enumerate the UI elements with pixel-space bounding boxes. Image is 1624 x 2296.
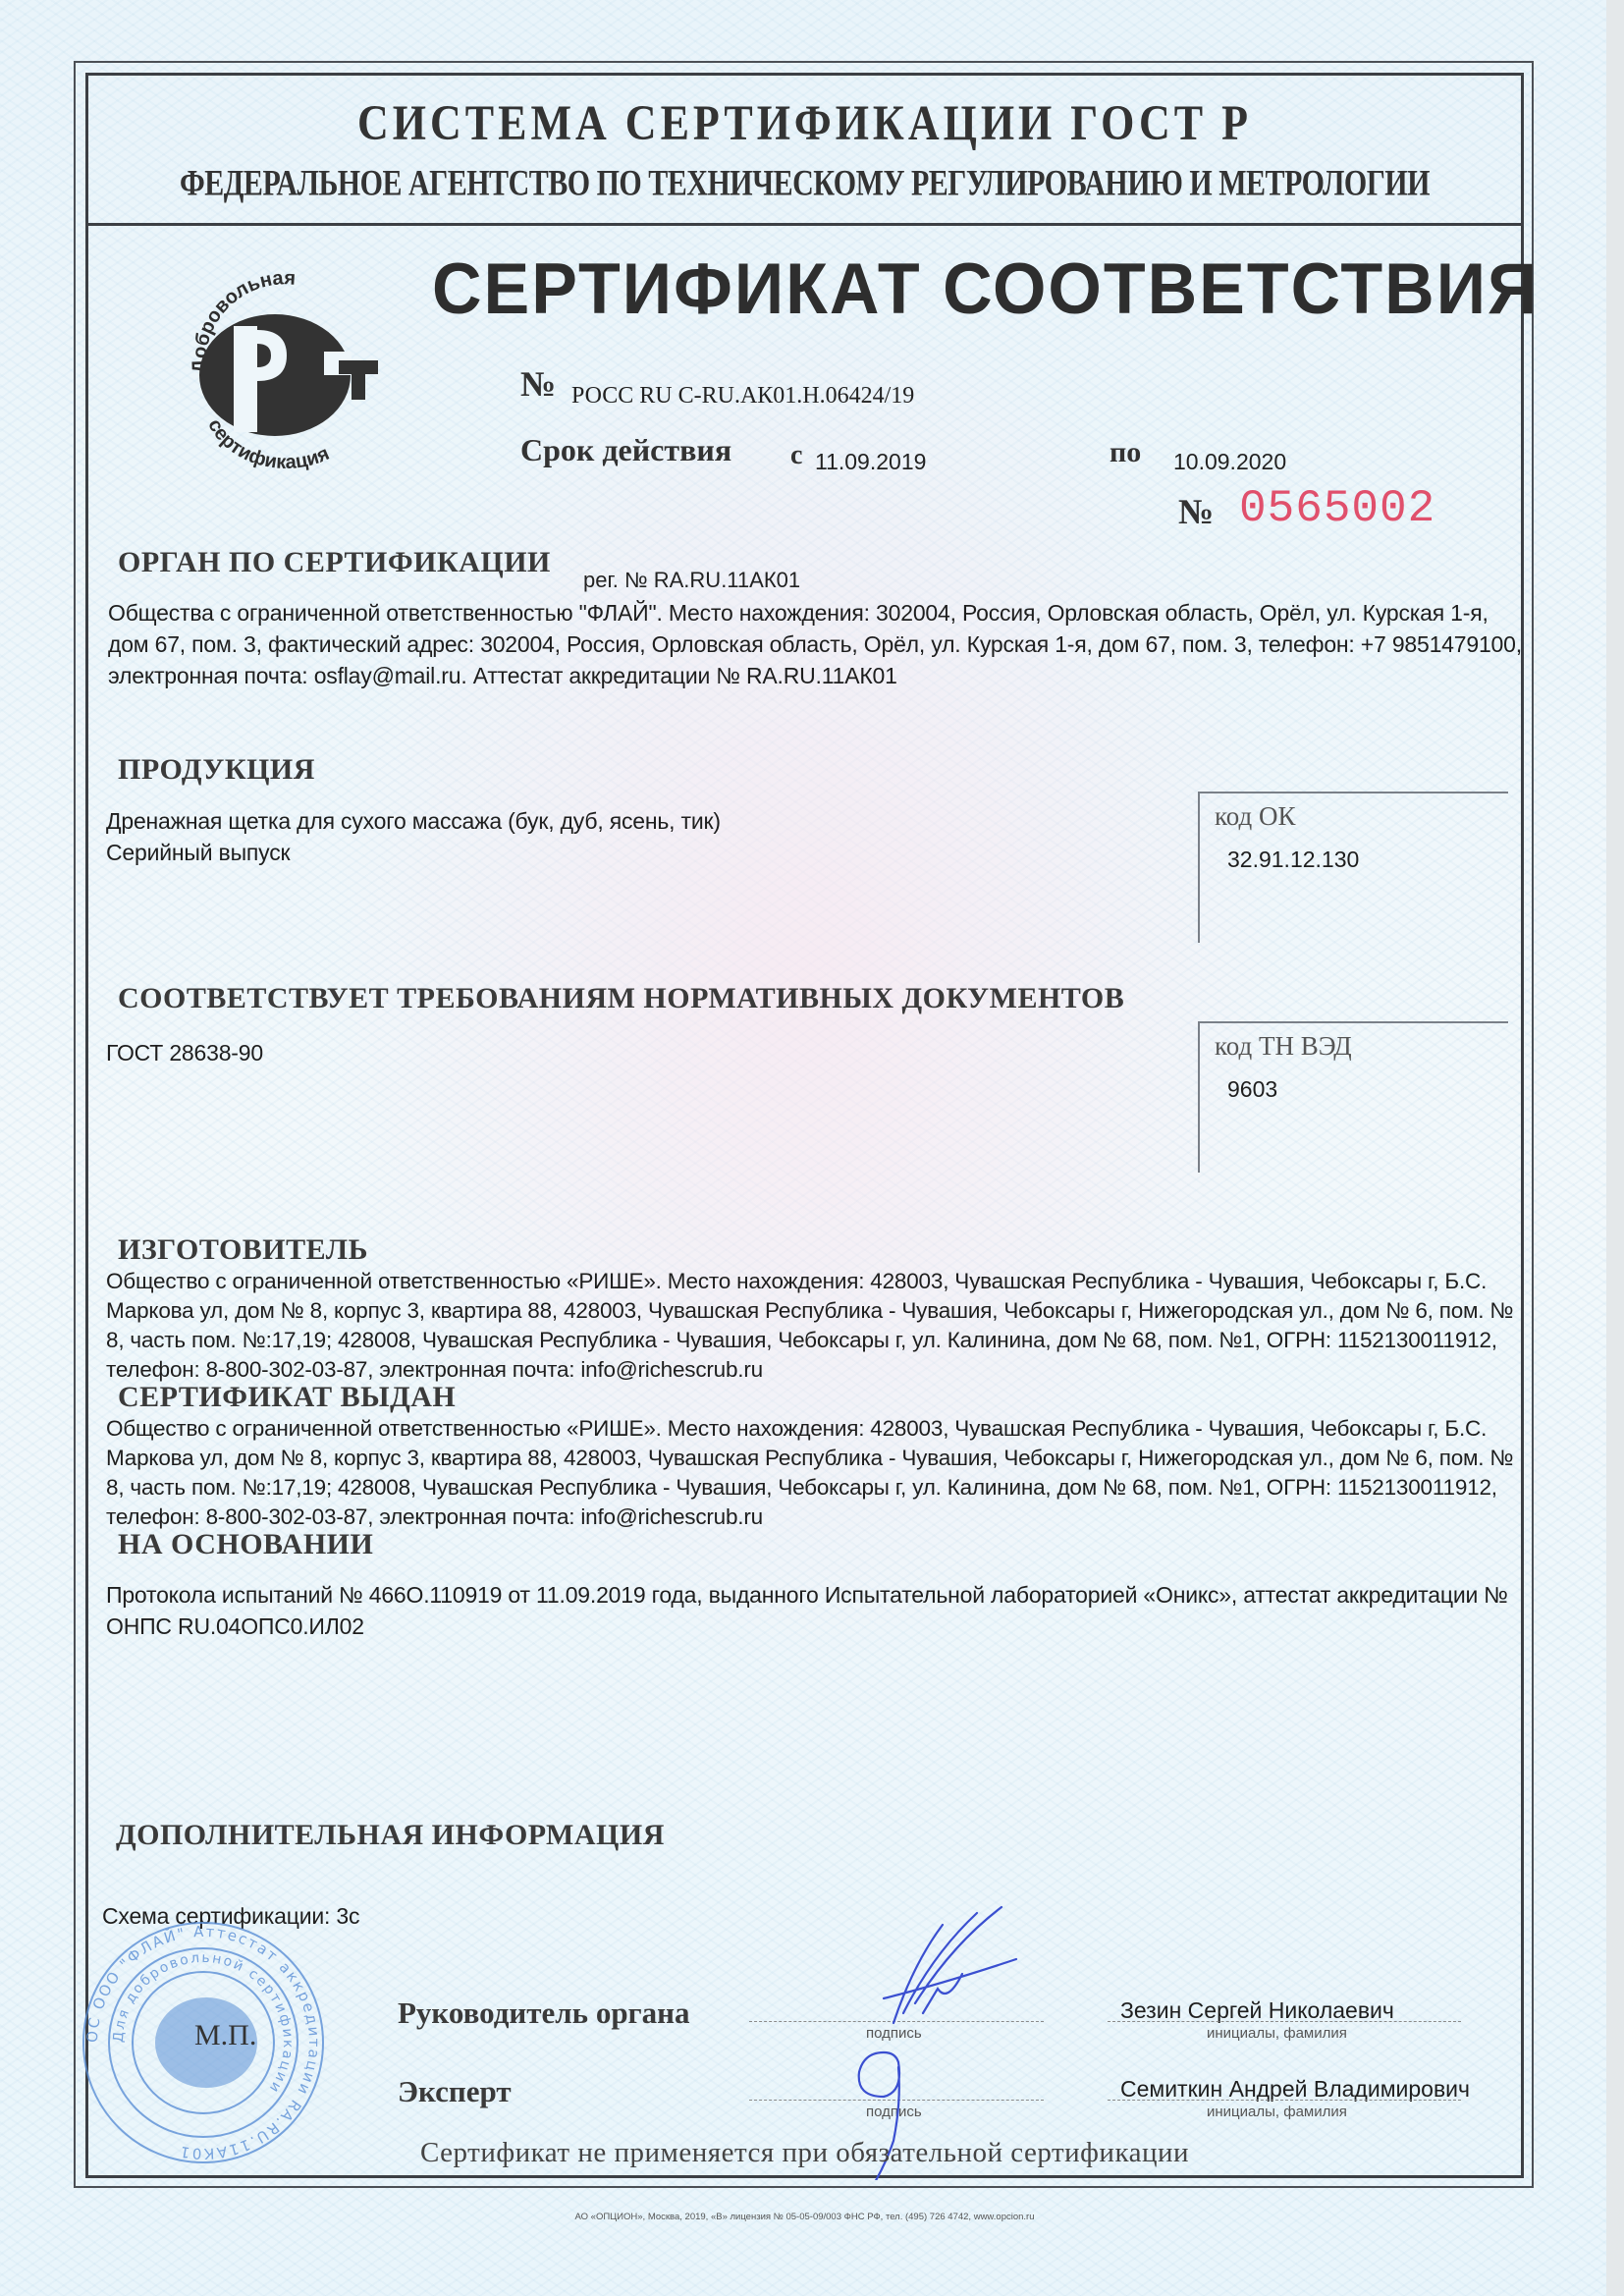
document-title: СЕРТИФИКАТ СООТВЕТСТВИЯ bbox=[432, 247, 1539, 330]
stamp-place-label: М.П. bbox=[194, 2019, 256, 2052]
code-ok-label: код ОК bbox=[1215, 801, 1295, 832]
certification-body-details: Общества с ограниченной ответственностью… bbox=[108, 597, 1522, 691]
product-release-type: Серийный выпуск bbox=[106, 837, 1088, 868]
issued-to-heading: СЕРТИФИКАТ ВЫДАН bbox=[118, 1381, 456, 1414]
head-of-body-label: Руководитель органа bbox=[398, 1995, 690, 2031]
additional-info-heading: ДОПОЛНИТЕЛЬНАЯ ИНФОРМАЦИЯ bbox=[116, 1819, 665, 1852]
code-tnved-box: код ТН ВЭД 9603 bbox=[1198, 1021, 1508, 1173]
valid-from-date: 11.09.2019 bbox=[815, 449, 926, 475]
serial-number: 0565002 bbox=[1239, 483, 1435, 534]
product-heading: ПРОДУКЦИЯ bbox=[118, 753, 315, 787]
manufacturer-details: Общество с ограниченной ответственностью… bbox=[106, 1267, 1520, 1385]
validity-label: Срок действия bbox=[520, 432, 731, 468]
printer-imprint: АО «ОПЦИОН», Москва, 2019, «В» лицензия … bbox=[85, 2212, 1524, 2222]
head-name-line bbox=[1108, 2021, 1461, 2022]
validity-from-label: с bbox=[790, 440, 802, 471]
code-ok-value: 32.91.12.130 bbox=[1227, 847, 1359, 873]
expert-name-caption: инициалы, фамилия bbox=[1207, 2104, 1347, 2120]
normative-docs-heading: СООТВЕТСТВУЕТ ТРЕБОВАНИЯМ НОРМАТИВНЫХ ДО… bbox=[118, 982, 1124, 1015]
product-description: Дренажная щетка для сухого массажа (бук,… bbox=[106, 805, 1088, 868]
normative-docs-text: ГОСТ 28638-90 bbox=[106, 1037, 263, 1068]
validity-to-label: по bbox=[1110, 436, 1141, 469]
code-ok-box: код ОК 32.91.12.130 bbox=[1198, 792, 1508, 943]
certificate-number: РОСС RU С-RU.АК01.Н.06424/19 bbox=[571, 383, 914, 410]
certificate-number-sign: № bbox=[520, 363, 556, 405]
code-tnved-value: 9603 bbox=[1227, 1076, 1277, 1103]
certification-body-heading: ОРГАН ПО СЕРТИФИКАЦИИ bbox=[118, 546, 551, 579]
footer-note: Сертификат не применяется при обязательн… bbox=[85, 2137, 1524, 2169]
head-name: Зезин Сергей Николаевич bbox=[1120, 1997, 1394, 2024]
agency-name: ФЕДЕРАЛЬНОЕ АГЕНТСТВО ПО ТЕХНИЧЕСКОМУ РЕ… bbox=[85, 163, 1524, 205]
manufacturer-heading: ИЗГОТОВИТЕЛЬ bbox=[118, 1233, 368, 1267]
product-name: Дренажная щетка для сухого массажа (бук,… bbox=[106, 805, 1088, 837]
code-tnved-label: код ТН ВЭД bbox=[1215, 1031, 1352, 1062]
issued-to-details: Общество с ограниченной ответственностью… bbox=[106, 1414, 1520, 1532]
basis-heading: НА ОСНОВАНИИ bbox=[118, 1528, 373, 1561]
expert-name: Семиткин Андрей Владимирович bbox=[1120, 2076, 1470, 2103]
certification-body-reg-number: рег. № RA.RU.11АК01 bbox=[583, 568, 800, 593]
expert-label: Эксперт bbox=[398, 2074, 512, 2109]
header-divider bbox=[85, 223, 1524, 226]
valid-to-date: 10.09.2020 bbox=[1173, 449, 1286, 475]
system-title: СИСТЕМА СЕРТИФИКАЦИИ ГОСТ Р bbox=[85, 94, 1524, 152]
head-name-caption: инициалы, фамилия bbox=[1207, 2025, 1347, 2042]
expert-name-line bbox=[1108, 2100, 1461, 2101]
rst-logo-icon: Добровольная сертификация bbox=[177, 265, 393, 471]
scan-edge bbox=[1606, 0, 1624, 2296]
basis-details: Протокола испытаний № 466О.110919 от 11.… bbox=[106, 1579, 1520, 1642]
serial-number-sign: № bbox=[1178, 491, 1214, 532]
